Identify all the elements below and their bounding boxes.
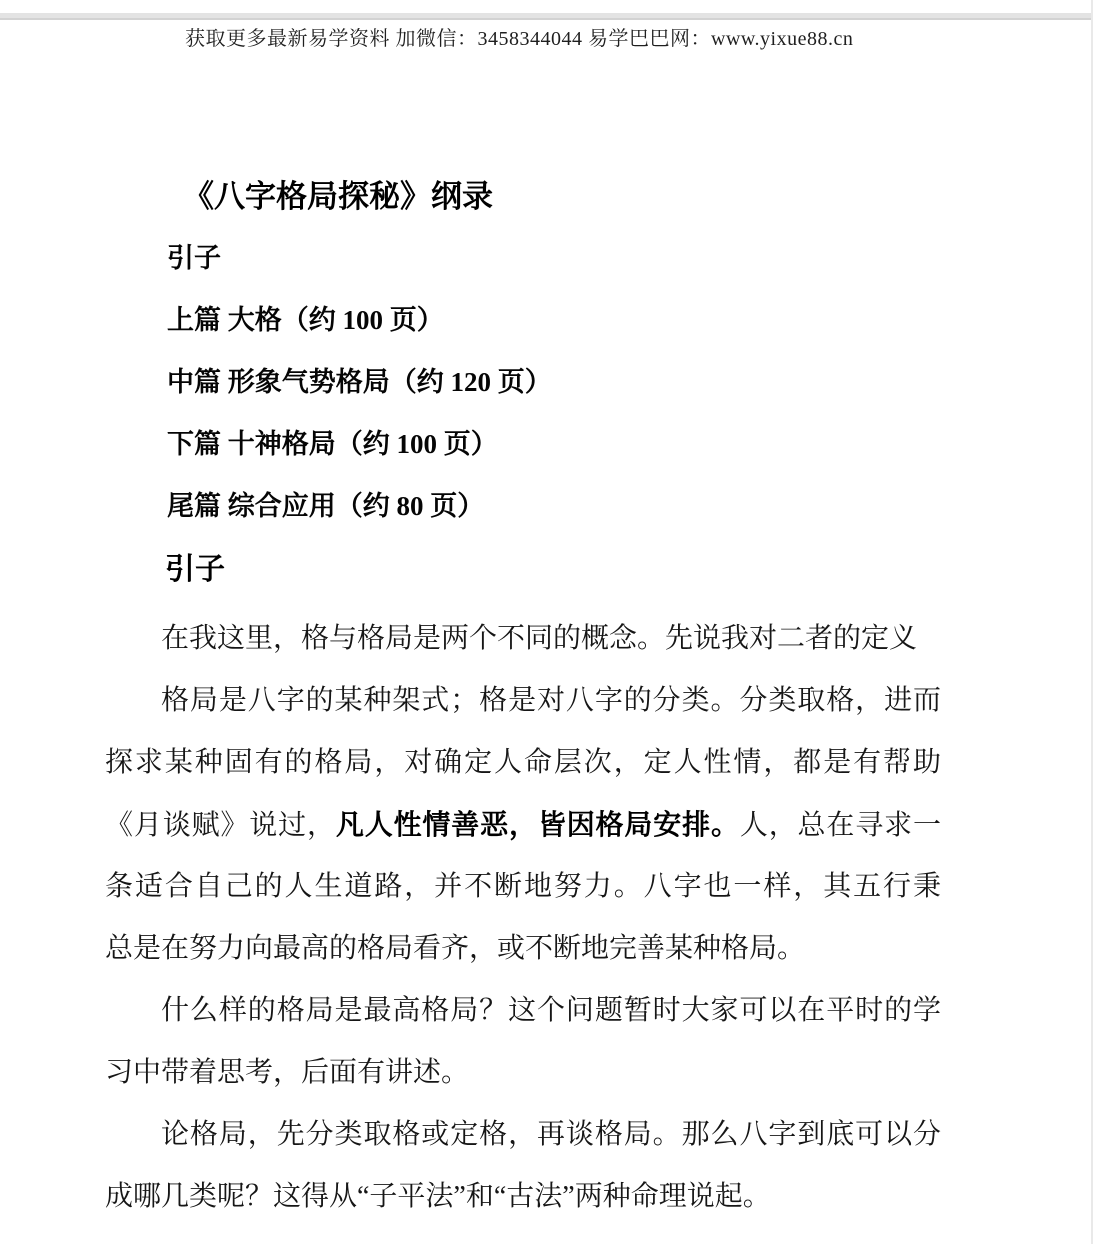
body-line: 探求某种固有的格局，对确定人命层次，定人性情，都是有帮助的。 (105, 732, 941, 794)
body-line: 成哪几类呢？这得从“子平法”和“古法”两种命理说起。 (105, 1166, 941, 1228)
toc-item-part4: 尾篇 综合应用（约 80 页） (167, 475, 967, 537)
body-line: 格局是八字的某种架式；格是对八字的分类。分类取格，进而 (105, 670, 941, 732)
toc-item-part2: 中篇 形象气势格局（约 120 页） (167, 351, 967, 413)
body-line: 什么样的格局是最高格局？这个问题暂时大家可以在平时的学 (105, 980, 941, 1042)
body-line-text: 探求某种固有的格局，对确定人命层次，定人性情，都是有帮助的。 (105, 747, 941, 794)
toc-item-part3: 下篇 十神格局（约 100 页） (167, 413, 967, 475)
page-top-divider (0, 13, 1093, 20)
toc-item-part1: 上篇 大格（约 100 页） (167, 289, 967, 351)
body-line-text: 人，总在寻求一 (740, 810, 941, 841)
body-line: 在我这里，格与格局是两个不同的概念。先说我对二者的定义 (105, 608, 941, 670)
body-line: 条适合自己的人生道路，并不断地努力。八字也一样，其五行秉赋， (105, 856, 941, 918)
body-line: 论格局，先分类取格或定格，再谈格局。那么八字到底可以分 (105, 1104, 941, 1166)
document-page: { "header": { "note": "获取更多最新易学资料 加微信：34… (0, 0, 1093, 1244)
body-line-text: 论格局，先分类取格或定格，再谈格局。那么八字到底可以分 (161, 1119, 941, 1150)
body-line-text: 总是在努力向最高的格局看齐，或不断地完善某种格局。 (105, 933, 805, 964)
body-line-text: 习中带着思考，后面有讲述。 (105, 1057, 469, 1088)
body-line: 习中带着思考，后面有讲述。 (105, 1042, 941, 1104)
table-of-contents: 引子 上篇 大格（约 100 页） 中篇 形象气势格局（约 120 页） 下篇 … (167, 227, 967, 537)
body-line-text: 在我这里，格与格局是两个不同的概念。先说我对二者的定义 (161, 623, 917, 654)
body-line-text: 格局是八字的某种架式；格是对八字的分类。分类取格，进而 (161, 685, 941, 716)
body-paragraphs: 在我这里，格与格局是两个不同的概念。先说我对二者的定义 格局是八字的某种架式；格… (105, 608, 941, 1228)
body-line: 《月谈赋》说过，凡人性情善恶，皆因格局安排。人，总在寻求一 (105, 794, 941, 856)
header-promo-note: 获取更多最新易学资料 加微信：3458344044 易学巴巴网：www.yixu… (185, 27, 853, 51)
toc-item-intro: 引子 (167, 227, 967, 289)
document-title: 《八字格局探秘》纲录 (183, 178, 493, 216)
body-line-emphasis: 凡人性情善恶，皆因格局安排。 (336, 809, 740, 840)
body-line-text: 条适合自己的人生道路，并不断地努力。八字也一样，其五行秉赋， (105, 871, 941, 918)
body-line-text: 什么样的格局是最高格局？这个问题暂时大家可以在平时的学 (161, 995, 941, 1026)
section-heading-intro: 引子 (165, 551, 225, 589)
body-line: 总是在努力向最高的格局看齐，或不断地完善某种格局。 (105, 918, 941, 980)
body-line-text: 成哪几类呢？这得从“子平法”和“古法”两种命理说起。 (105, 1181, 771, 1212)
body-line-text: 《月谈赋》说过， (105, 810, 336, 841)
